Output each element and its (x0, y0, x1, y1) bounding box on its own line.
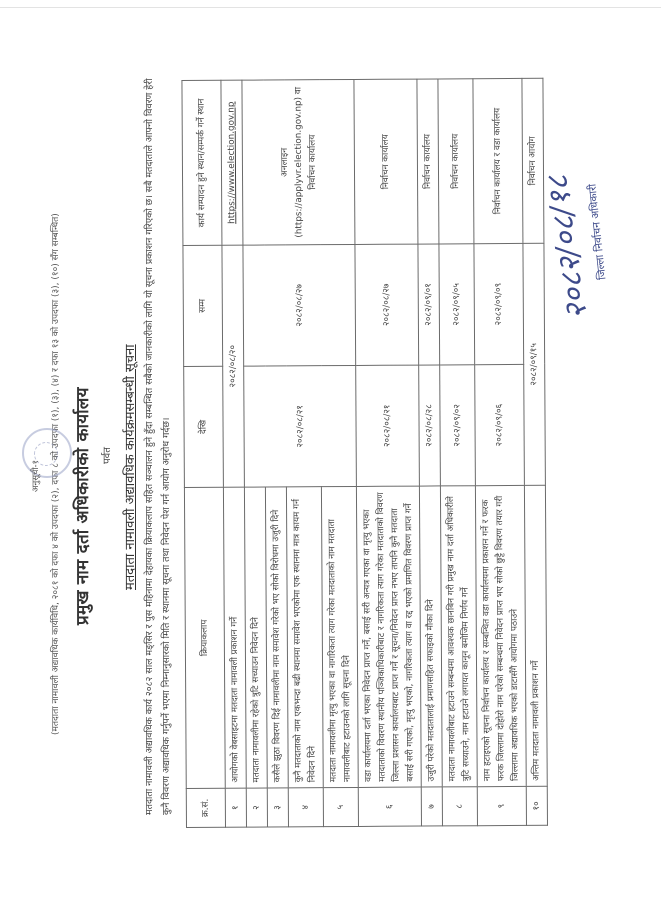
row-sn: २ (246, 788, 267, 827)
header-to: सम्म (183, 245, 223, 366)
header-place: कार्य सम्पादन हुने स्थान/सम्पर्क गर्ने स… (182, 80, 222, 245)
row-sn: १ (225, 788, 246, 827)
row-to-date: २०८२/०८/२७ (243, 244, 356, 366)
row-sn: ९ (477, 786, 526, 825)
intro-paragraph: मतदाता नामावली अद्यावधिक कार्य २०८२ साल … (141, 75, 175, 815)
row-activity: वडा कार्यालयमा दर्ता भएका निवेदन प्राप्त… (356, 486, 421, 787)
row-from-date: २०८२/०९/०६ (475, 364, 525, 485)
election-website-link[interactable]: https://www.election.gov.np (227, 102, 238, 224)
row-activity: आयोगको वेबसाइटमा मतदाता नामावली प्रकाशन … (223, 487, 246, 788)
row-sn: ६ (358, 787, 421, 826)
row-from-date: २०८२/०८/२१ (244, 365, 357, 487)
row-to-date: २०८२/०९/०१ (418, 244, 440, 365)
row-place: निर्वाचन कार्यालय र वडा कार्यालय (473, 78, 523, 243)
row-place: https://www.election.gov.np (221, 80, 243, 245)
row-activity: मतदाता नामावलीमा रहेको त्रुटि सच्याउन नि… (244, 487, 267, 788)
row-to-date: २०८२/०९/०५ (439, 244, 475, 365)
notice-document: (मतदाता नामावली अद्यावधिक कार्यविधि, २०८… (0, 0, 661, 910)
row-to-date: २०८२/०८/२७ (355, 244, 419, 365)
row-from-date: २०८२/०८/२८ (419, 365, 441, 486)
row-sn: ४ (288, 788, 323, 827)
table-row: ८ मतदाता नामावलीबाट हटाउने सम्बन्धमा आवश… (438, 79, 478, 826)
row-sn: ३ (267, 788, 288, 827)
district-name: पर्वत (99, 447, 113, 464)
annex-label: अनुसूची-१ (30, 460, 41, 492)
schedule-table: क्र.सं. क्रियाकलाप देखि सम्म कार्य सम्पा… (181, 78, 548, 828)
row-from-date: २०८२/०८/२१ (356, 365, 420, 486)
row-from-date: २०८२/०९/०२ (440, 365, 476, 486)
row-sn: ५ (323, 787, 358, 826)
office-title: प्रमुख नाम दर्ता अधिकारीको कार्यालय (70, 387, 93, 625)
row-from-date: २०८२/०९/१५ (523, 243, 545, 485)
row-activity: मतदाता नामावलीबाट हटाउने सम्बन्धमा आवश्य… (440, 486, 477, 787)
row-activity: उजुरी परेको मतदातालाई प्रमाणसहित सफाइको … (419, 486, 442, 787)
table-header-row: क्र.सं. क्रियाकलाप देखि सम्म कार्य सम्पा… (182, 80, 226, 827)
row-activity: अन्तिम मतदाता नामावली प्रकाशन गर्ने (524, 485, 547, 786)
row-activity: कुनै मतदाताको नाम एकभन्दा बढी स्थानमा सम… (286, 487, 323, 788)
row-sn: १० (526, 786, 547, 825)
row-place: अनलाइन (https://applyvr.election.gov.np)… (242, 79, 355, 245)
row-place: निर्वाचन कार्यालय (438, 79, 474, 244)
row-sn: ८ (442, 787, 477, 826)
row-to-date: २०८२/०९/०९ (474, 243, 524, 364)
table-row: २ मतदाता नामावलीमा रहेको त्रुटि सच्याउन … (242, 80, 268, 827)
header-activity: क्रियाकलाप (184, 487, 225, 788)
row-activity: मतदाता नामावलीमा मृत्यु भएका वा नागरिकता… (321, 486, 358, 787)
header-from: देखि (184, 366, 224, 487)
row-activity: कसैले झुठा विवरण दिई नामावलीमा नाम समावे… (265, 487, 288, 788)
row-from-date: २०८२/०८/२० (222, 245, 244, 487)
notice-title: मतदाता नामावली अद्यावधिक कार्यक्रमसम्बन्… (120, 344, 138, 590)
table-row: ६ वडा कार्यालयमा दर्ता भएका निवेदन प्राप… (354, 79, 422, 826)
row-place: निर्वाचन कार्यालय (354, 79, 418, 244)
row-activity: नाम हटाइएको सूचना निर्वाचन कार्यालय र सम… (475, 485, 526, 786)
header-sn: क्र.सं. (186, 788, 225, 827)
row-sn: ७ (421, 787, 442, 826)
row-place: निर्वाचन कार्यालय (417, 79, 439, 244)
signature-block: २०८२/०८/१८ जिल्ला निर्वाचन अधिकारी (545, 175, 604, 320)
table-row: ९ नाम हटाइएको सूचना निर्वाचन कार्यालय र … (473, 78, 527, 825)
